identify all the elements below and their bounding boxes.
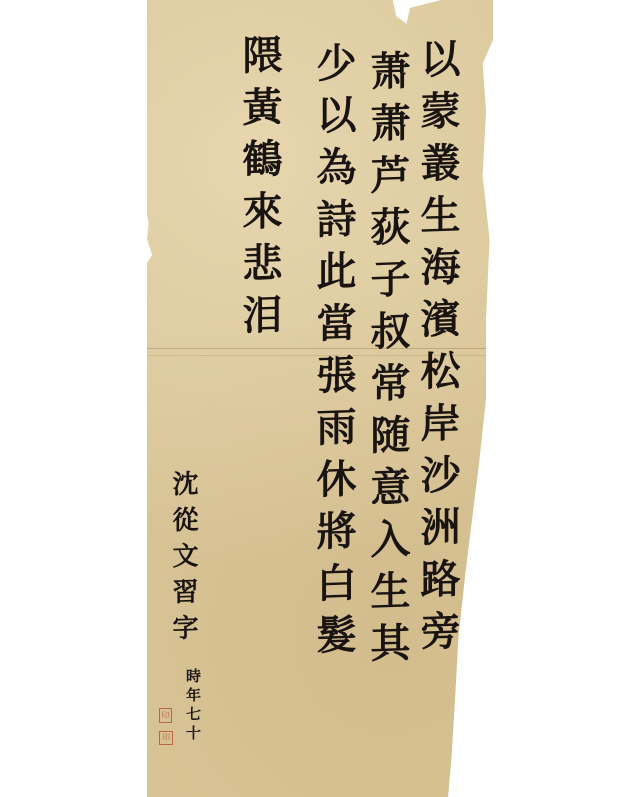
- signature-column: 沈從文習字: [165, 469, 202, 650]
- seal-stamp-upper: 印: [159, 708, 172, 723]
- calligraphy-column-3: 少以為詩此當張雨休將白髮: [305, 41, 362, 667]
- inscription-column: 時年七十: [183, 668, 204, 745]
- seal-stamp-lower: 印: [159, 731, 173, 745]
- calligraphy-column-2: 萧萧芦荻子叔常随意入生其: [359, 49, 416, 675]
- calligraphy-column-1: 以蒙叢生海濱松岸沙洲路旁: [409, 37, 466, 663]
- calligraphy-column-4: 隈黃鶴來悲泪: [231, 33, 288, 347]
- calligraphy-paper: 以蒙叢生海濱松岸沙洲路旁 萧萧芦荻子叔常随意入生其 少以為詩此當張雨休將白髮 隈…: [147, 0, 493, 797]
